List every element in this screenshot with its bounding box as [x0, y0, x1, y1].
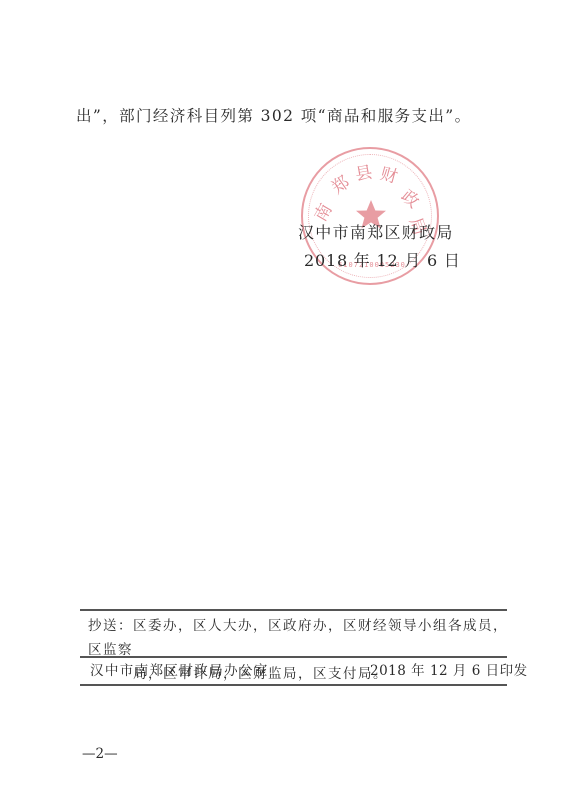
distribution-label: 抄送：: [88, 618, 133, 634]
signature-organization: 汉中市南郑区财政局: [298, 220, 454, 243]
signature-date: 2018 年 12 月 6 日: [304, 248, 461, 271]
footer-issuer: 汉中市南郑区财政局办公室: [90, 659, 269, 679]
distribution-line-1: 区委办，区人大办，区政府办，区财经领导小组各成员，区监察: [88, 618, 508, 658]
divider-bottom: [80, 684, 507, 686]
divider-top: [80, 609, 507, 611]
footer-issue-date: 2018 年 12 月 6 日印发: [370, 659, 528, 679]
divider-middle: [80, 656, 507, 658]
page-number: —2—: [82, 746, 118, 762]
body-text: 出”，部门经济科目列第 302 项“商品和服务支出”。: [76, 104, 472, 126]
